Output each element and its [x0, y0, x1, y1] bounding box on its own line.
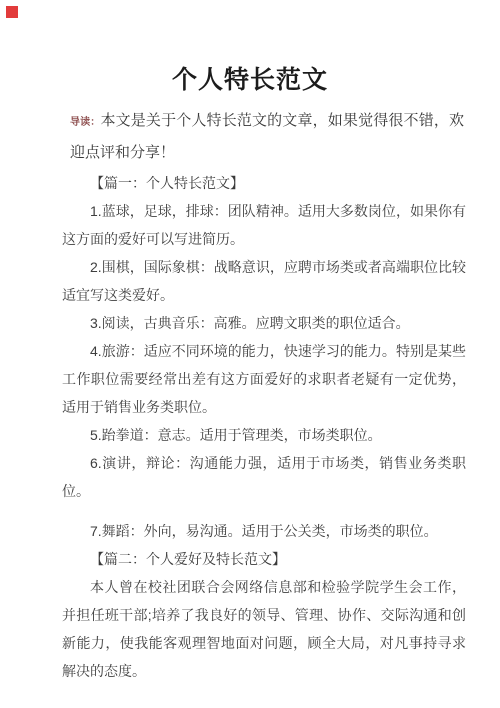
lead-paragraph: 导读：本文是关于个人特长范文的文章，如果觉得很不错，欢迎点评和分享！	[70, 106, 464, 169]
closing-paragraph: 本人曾在校社团联合会网络信息部和检验学院学生会工作，并担任班干部;培养了我良好的…	[62, 573, 466, 685]
section-1-header: 【篇一：个人特长范文】	[62, 169, 466, 197]
paragraph-travel: 4.旅游：适应不同环境的能力，快速学习的能力。特别是某些工作职位需要经常出差有这…	[62, 337, 466, 421]
page-title: 个人特长范文	[0, 0, 500, 98]
paragraph-basketball: 1.蓝球，足球，排球：团队精神。适用大多数岗位，如果你有这方面的爱好可以写进简历…	[62, 197, 466, 253]
document-page: 个人特长范文 导读：本文是关于个人特长范文的文章，如果觉得很不错，欢迎点评和分享…	[0, 0, 500, 708]
red-square-mark	[6, 6, 18, 18]
document-body: 【篇一：个人特长范文】 1.蓝球，足球，排球：团队精神。适用大多数岗位，如果你有…	[62, 169, 466, 685]
paragraph-taekwondo: 5.跆拳道：意志。适用于管理类，市场类职位。	[62, 421, 466, 449]
paragraph-chess: 2.围棋，国际象棋：战略意识，应聘市场类或者高端职位比较适宜写这类爱好。	[62, 253, 466, 309]
paragraph-reading: 3.阅读，古典音乐：高雅。应聘文职类的职位适合。	[62, 309, 466, 337]
lead-label: 导读：	[70, 117, 100, 128]
section-2-header: 【篇二：个人爱好及特长范文】	[62, 545, 466, 573]
paragraph-dance: 7.舞蹈：外向，易沟通。适用于公关类，市场类的职位。	[62, 517, 466, 545]
paragraph-speech: 6.演讲，辩论：沟通能力强，适用于市场类，销售业务类职位。	[62, 449, 466, 505]
lead-text: 本文是关于个人特长范文的文章，如果觉得很不错，欢迎点评和分享！	[70, 113, 464, 161]
